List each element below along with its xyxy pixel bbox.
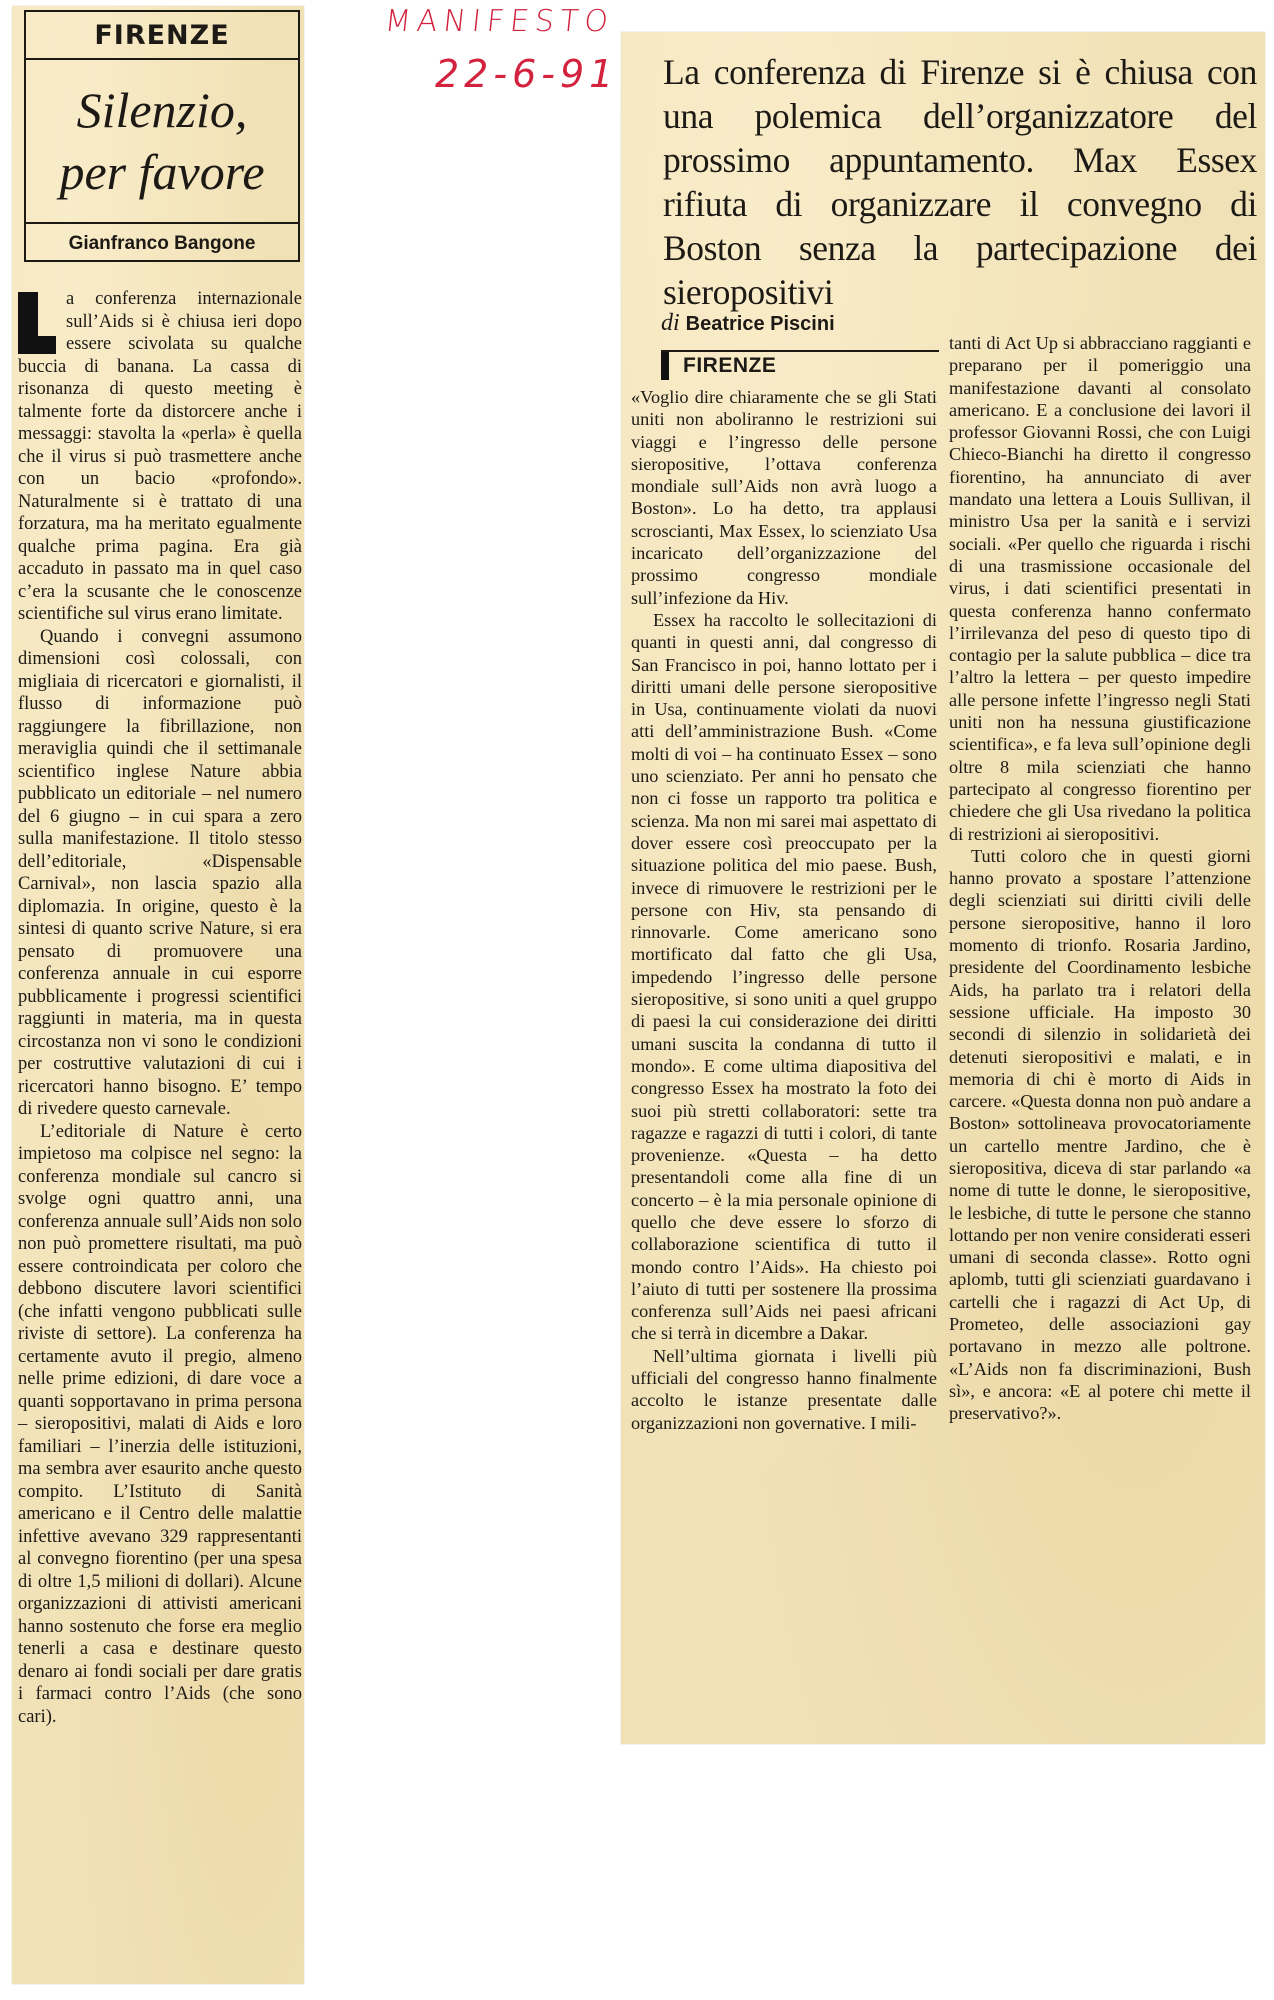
handwritten-date: 22-6-91 [435,52,618,96]
paragraph: L a conferenza internazionale sull’Aids … [18,288,302,626]
article-title: Silenzio, per favore [26,60,298,224]
section-kicker: FIRENZE [26,12,298,60]
paragraph: Quando i convegni assumono dimensioni co… [18,626,302,1121]
dateline-bar [661,352,669,380]
byline: diBeatrice Piscini [661,310,951,337]
right-newspaper-clipping: La conferenza di Firenze si è chiusa con… [621,32,1265,1744]
paragraph: L’editoriale di Nature è certo impietoso… [18,1121,302,1729]
handwritten-annotation: MANIFESTO 22-6-91 [385,2,625,102]
byline-author: Beatrice Piscini [686,313,835,335]
dateline: FIRENZE [661,350,939,384]
article-headline: La conferenza di Firenze si è chiusa con… [663,50,1257,314]
dateline-city: FIRENZE [683,354,776,378]
byline-prefix: di [661,310,680,336]
paragraph: Tutti coloro che in questi giorni hanno … [949,845,1251,1425]
paragraph: Nell’ultima giornata i livelli più uffic… [631,1345,937,1434]
article-title-line-1: Silenzio, [77,79,248,141]
article-column-2: tanti di Act Up si abbracciano raggianti… [949,332,1251,1425]
dropcap-l: L [18,292,56,354]
article-header-box: FIRENZE Silenzio, per favore Gianfranco … [24,10,300,262]
paragraph: tanti di Act Up si abbracciano raggianti… [949,332,1251,845]
article-title-line-2: per favore [59,141,264,203]
handwritten-source: MANIFESTO [383,4,616,39]
left-newspaper-clipping: FIRENZE Silenzio, per favore Gianfranco … [12,6,304,1984]
paragraph: «Voglio dire chiaramente che se gli Stat… [631,386,937,609]
paragraph: Essex ha raccolto le sollecitazioni di q… [631,609,937,1345]
article-author: Gianfranco Bangone [26,224,298,264]
left-article-body: L a conferenza internazionale sull’Aids … [18,288,302,1728]
article-column-1: «Voglio dire chiaramente che se gli Stat… [631,386,937,1434]
